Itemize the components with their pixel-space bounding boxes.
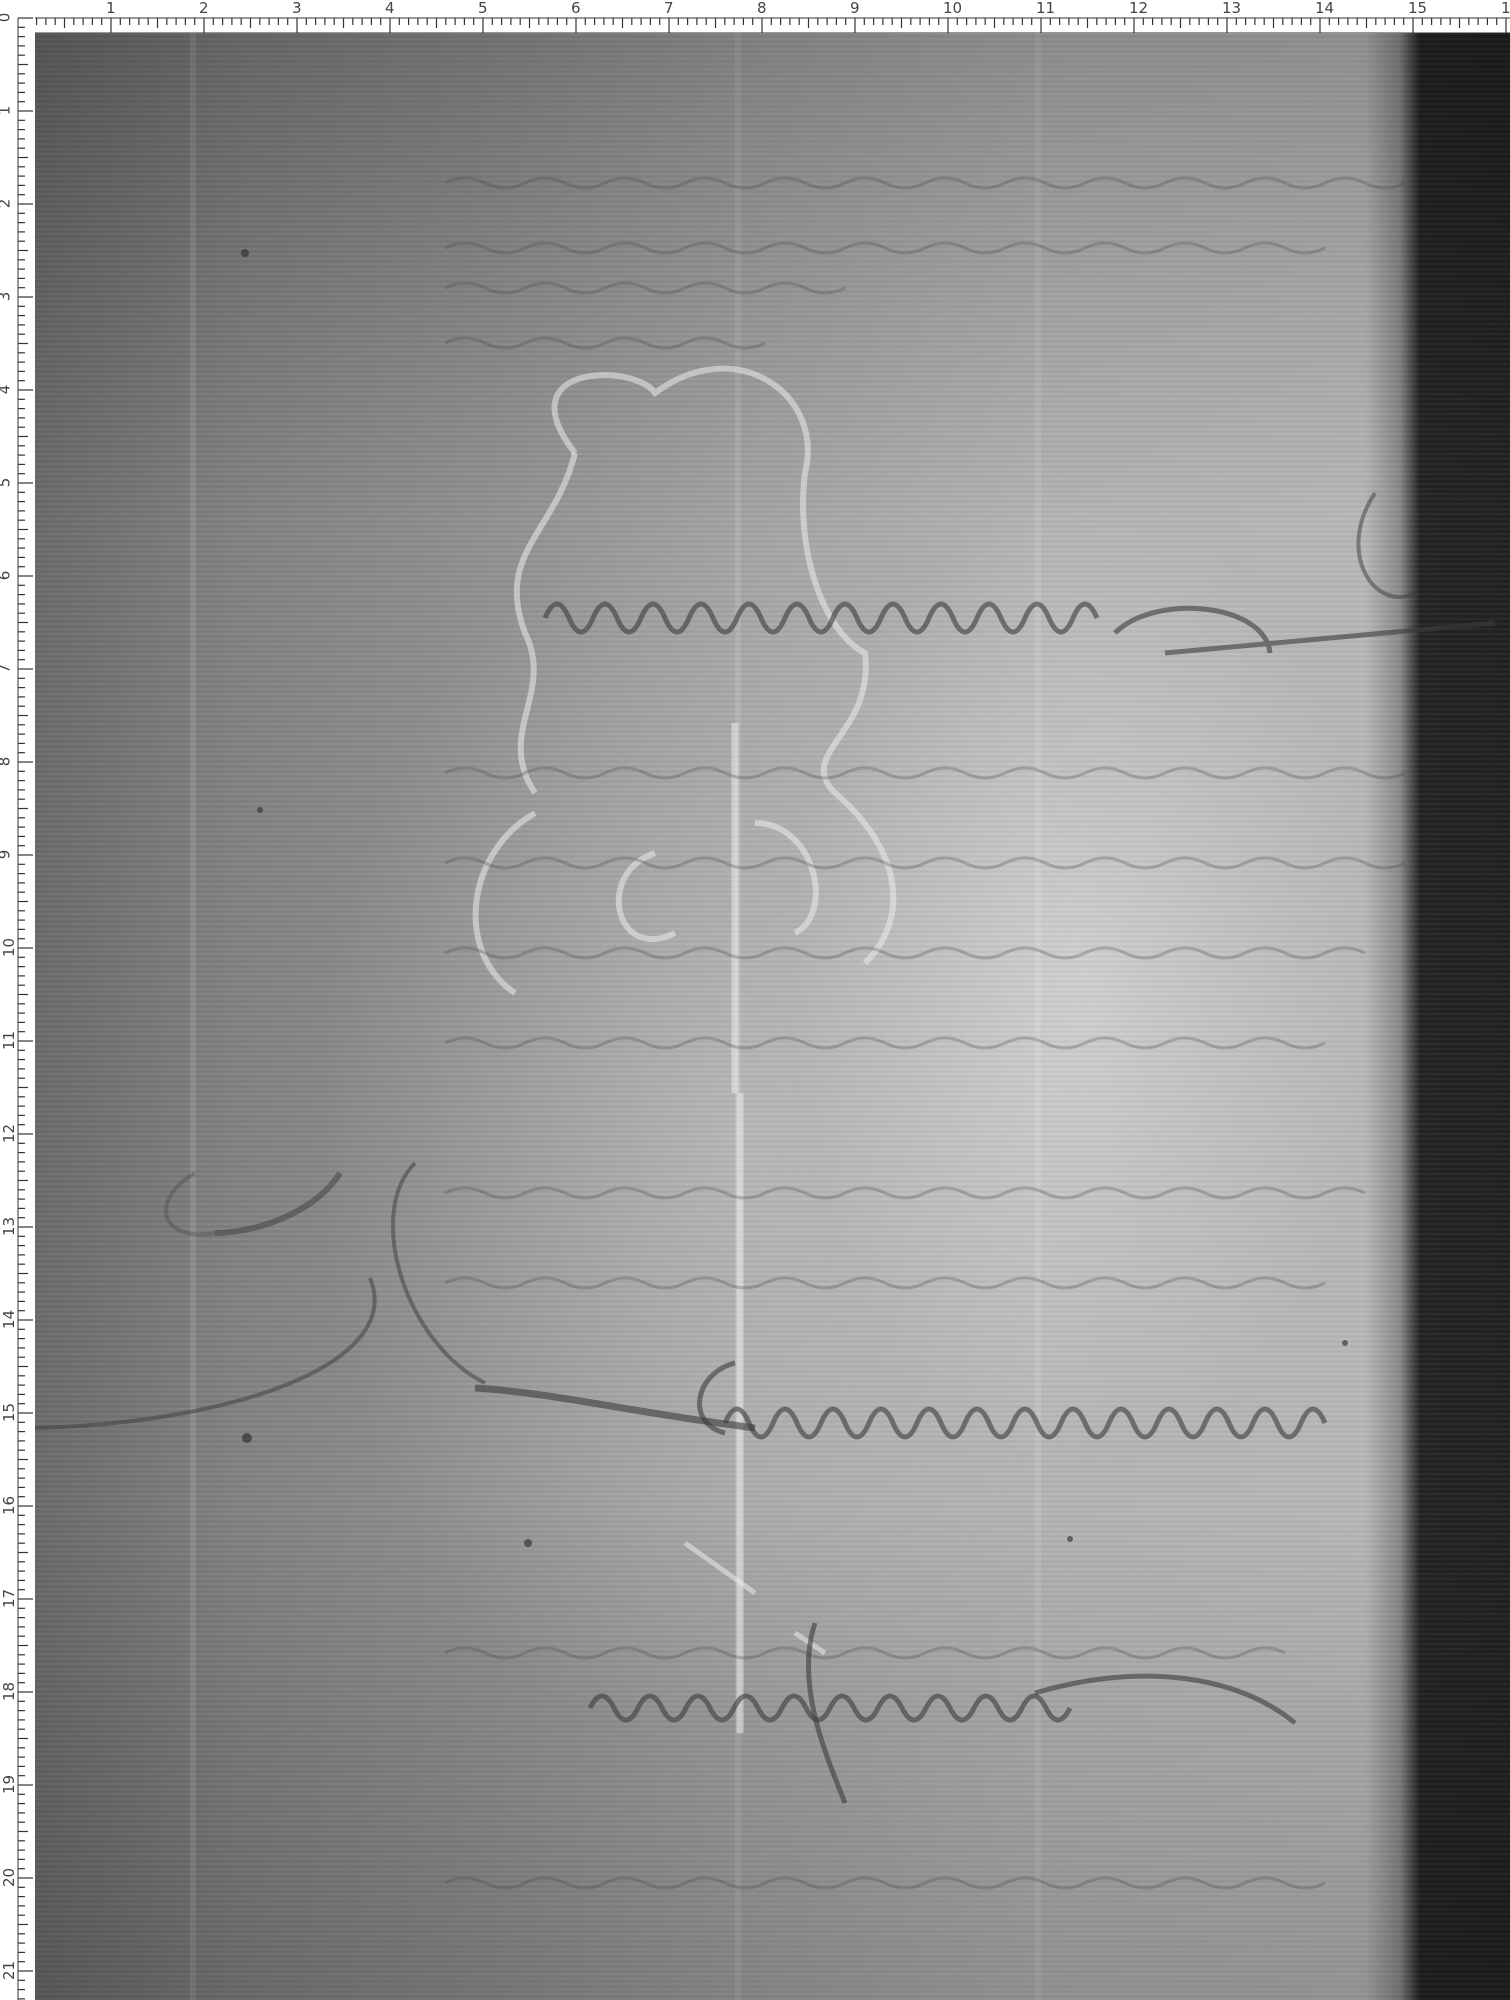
faint-text-rows [445,178,1405,1888]
top-ruler-label: 8 [757,1,767,16]
top-ruler-label: 3 [292,1,302,16]
top-ruler-label: 13 [1222,1,1241,16]
top-ruler-label: 12 [1129,1,1148,16]
top-ruler-label: 9 [850,1,860,16]
top-ruler-label: 15 [1408,1,1427,16]
top-ruler-label: 10 [943,1,962,16]
top-ruler-label: 11 [1036,1,1055,16]
manuscript-scan [35,33,1510,2000]
top-ruler: 01234567891011121314151 [0,0,1510,33]
left-ruler-label: 3 [0,292,12,302]
left-ruler-label: 5 [0,478,12,488]
left-ruler-label: 13 [2,1217,17,1236]
left-ruler: 0123456789101112131415161718192021 [0,0,35,2000]
left-ruler-label: 7 [0,664,12,674]
headline-ink [475,604,1495,1803]
top-ruler-label: 2 [199,1,209,16]
left-ruler-label: 2 [0,199,12,209]
left-ruler-label: 6 [0,571,12,581]
left-ruler-label: 12 [2,1124,17,1143]
left-ruler-label: 8 [0,757,12,767]
left-ruler-label: 11 [2,1031,17,1050]
left-ruler-label: 9 [0,850,12,860]
left-ruler-label: 21 [2,1961,17,1980]
left-ruler-label: 14 [2,1310,17,1329]
top-ruler-ticks [0,0,1510,33]
left-ruler-label: 0 [0,13,12,23]
left-ruler-label: 16 [2,1496,17,1515]
left-ruler-label: 20 [2,1868,17,1887]
ink-and-watermark [35,33,1510,2000]
left-ruler-label: 19 [2,1775,17,1794]
ink-specks [241,249,1348,1547]
left-ruler-label: 17 [2,1589,17,1608]
top-ruler-label: 6 [571,1,581,16]
watermark-outline [476,369,894,1733]
left-ruler-label: 4 [0,385,12,395]
top-ruler-label: 4 [385,1,395,16]
left-ruler-label: 10 [2,938,17,957]
top-ruler-label: 5 [478,1,488,16]
top-ruler-label: 14 [1315,1,1334,16]
top-ruler-label: 1 [1501,1,1510,16]
top-ruler-label: 7 [664,1,674,16]
top-ruler-label: 1 [106,1,116,16]
left-ruler-label: 15 [2,1403,17,1422]
left-ruler-label: 1 [0,106,12,116]
left-ruler-label: 18 [2,1682,17,1701]
